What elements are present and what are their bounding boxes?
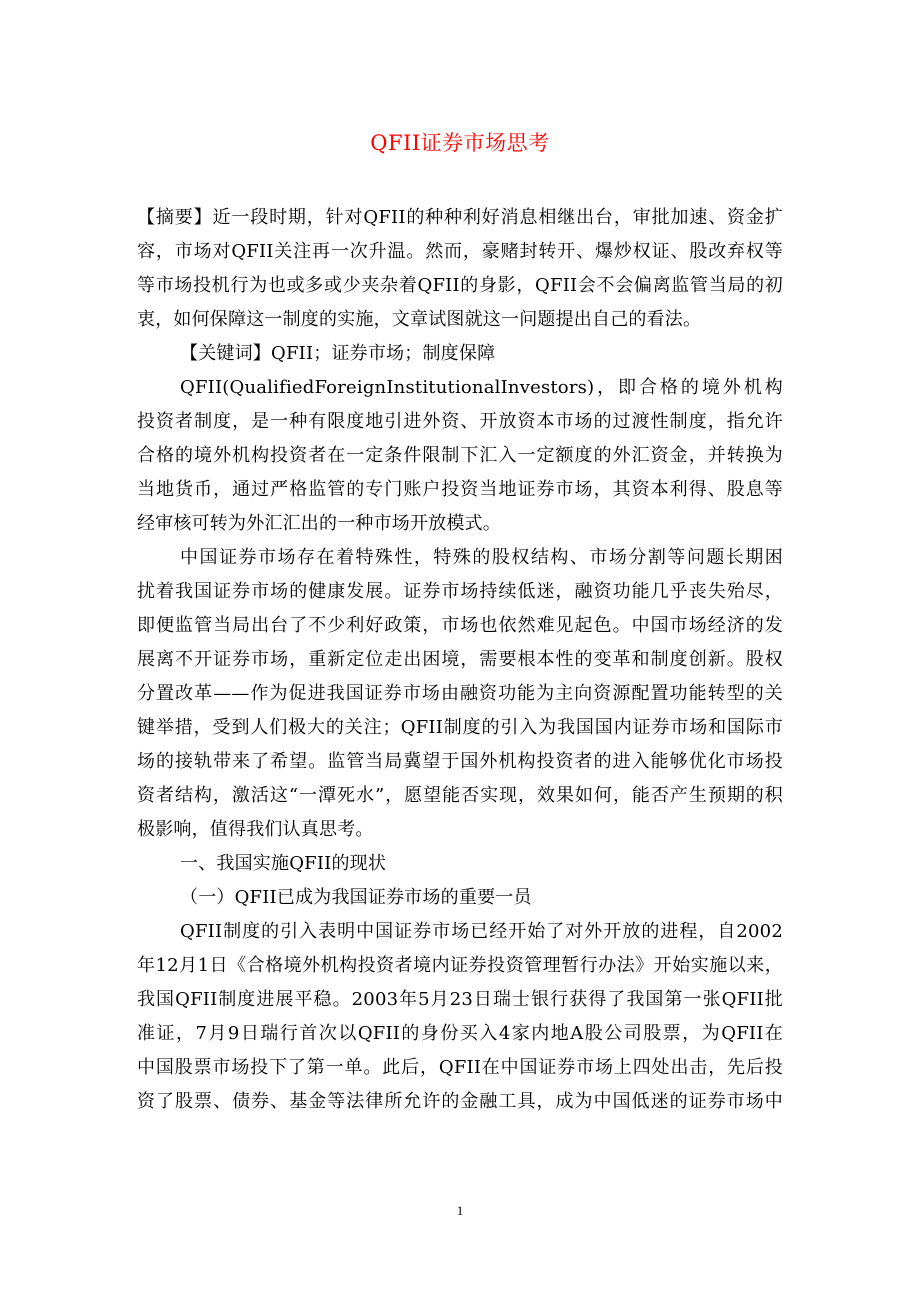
text-line: 容，市场对QFII关注再一次升温。然而，豪赌封转开、爆炒权证、股改弃权等 [137, 235, 783, 269]
text-line: 极影响，值得我们认真思考。 [137, 813, 783, 847]
text-line: 【关键词】QFII；证券市场；制度保障 [137, 337, 783, 371]
text-line: 一、我国实施QFII的现状 [137, 847, 783, 881]
text-line: 当地货币，通过严格监管的专门账户投资当地证券市场，其资本利得、股息等 [137, 473, 783, 507]
text-line: 中国证券市场存在着特殊性，特殊的股权结构、市场分割等问题长期困 [137, 541, 783, 575]
text-line: 中国股票市场投下了第一单。此后，QFII在中国证券市场上四处出击，先后投 [137, 1051, 783, 1085]
text-line: 投资者制度，是一种有限度地引进外资、开放资本市场的过渡性制度，指允许 [137, 405, 783, 439]
text-line: 合格的境外机构投资者在一定条件限制下汇入一定额度的外汇资金，并转换为 [137, 439, 783, 473]
keywords-paragraph: 【关键词】QFII；证券市场；制度保障 [137, 337, 783, 371]
definition-paragraph: QFII(QualifiedForeignInstitutionalInvest… [137, 371, 783, 541]
subsection-body-paragraph: QFII制度的引入表明中国证券市场已经开始了对外开放的进程，自2002 年12月… [137, 915, 783, 1119]
text-line: 即便监管当局出台了不少利好政策，市场也依然难见起色。中国市场经济的发 [137, 609, 783, 643]
text-line: 准证，7月9日瑞行首次以QFII的身份买入4家内地A股公司股票，为QFII在 [137, 1017, 783, 1051]
text-line: 等市场投机行为也或多或少夹杂着QFII的身影，QFII会不会偏离监管当局的初 [137, 269, 783, 303]
abstract-paragraph: 【摘要】近一段时期，针对QFII的种种利好消息相继出台，审批加速、资金扩 容，市… [137, 201, 783, 337]
text-line: 我国QFII制度进展平稳。2003年5月23日瑞士银行获得了我国第一张QFII批 [137, 983, 783, 1017]
text-line: 分置改革——作为促进我国证券市场由融资功能为主向资源配置功能转型的关 [137, 677, 783, 711]
text-line: 展离不开证券市场，重新定位走出困境，需要根本性的变革和制度创新。股权 [137, 643, 783, 677]
text-line: 扰着我国证券市场的健康发展。证券市场持续低迷，融资功能几乎丧失殆尽， [137, 575, 783, 609]
text-line: QFII制度的引入表明中国证券市场已经开始了对外开放的进程，自2002 [137, 915, 783, 949]
text-line: 衷，如何保障这一制度的实施，文章试图就这一问题提出自己的看法。 [137, 303, 783, 337]
text-line: 【摘要】近一段时期，针对QFII的种种利好消息相继出台，审批加速、资金扩 [137, 201, 783, 235]
text-line: 年12月1日《合格境外机构投资者境内证券投资管理暂行办法》开始实施以来， [137, 949, 783, 983]
page-number: 1 [0, 1202, 920, 1220]
text-line: （一）QFII已成为我国证券市场的重要一员 [137, 881, 783, 915]
text-line: 资者结构，激活这“一潭死水”，愿望能否实现，效果如何，能否产生预期的积 [137, 779, 783, 813]
text-line: QFII(QualifiedForeignInstitutionalInvest… [137, 371, 783, 405]
text-line: 场的接轨带来了希望。监管当局冀望于国外机构投资者的进入能够优化市场投 [137, 745, 783, 779]
subsection-heading: （一）QFII已成为我国证券市场的重要一员 [137, 881, 783, 915]
document-body: 【摘要】近一段时期，针对QFII的种种利好消息相继出台，审批加速、资金扩 容，市… [137, 201, 783, 1119]
section-heading: 一、我国实施QFII的现状 [137, 847, 783, 881]
text-line: 经审核可转为外汇汇出的一种市场开放模式。 [137, 507, 783, 541]
document-title: QFII证券市场思考 [0, 128, 920, 158]
document-page: QFII证券市场思考 【摘要】近一段时期，针对QFII的种种利好消息相继出台，审… [0, 0, 920, 1302]
background-paragraph: 中国证券市场存在着特殊性，特殊的股权结构、市场分割等问题长期困 扰着我国证券市场… [137, 541, 783, 847]
text-line: 资了股票、债券、基金等法律所允许的金融工具，成为中国低迷的证券市场中 [137, 1085, 783, 1119]
text-line: 键举措，受到人们极大的关注；QFII制度的引入为我国国内证券市场和国际市 [137, 711, 783, 745]
